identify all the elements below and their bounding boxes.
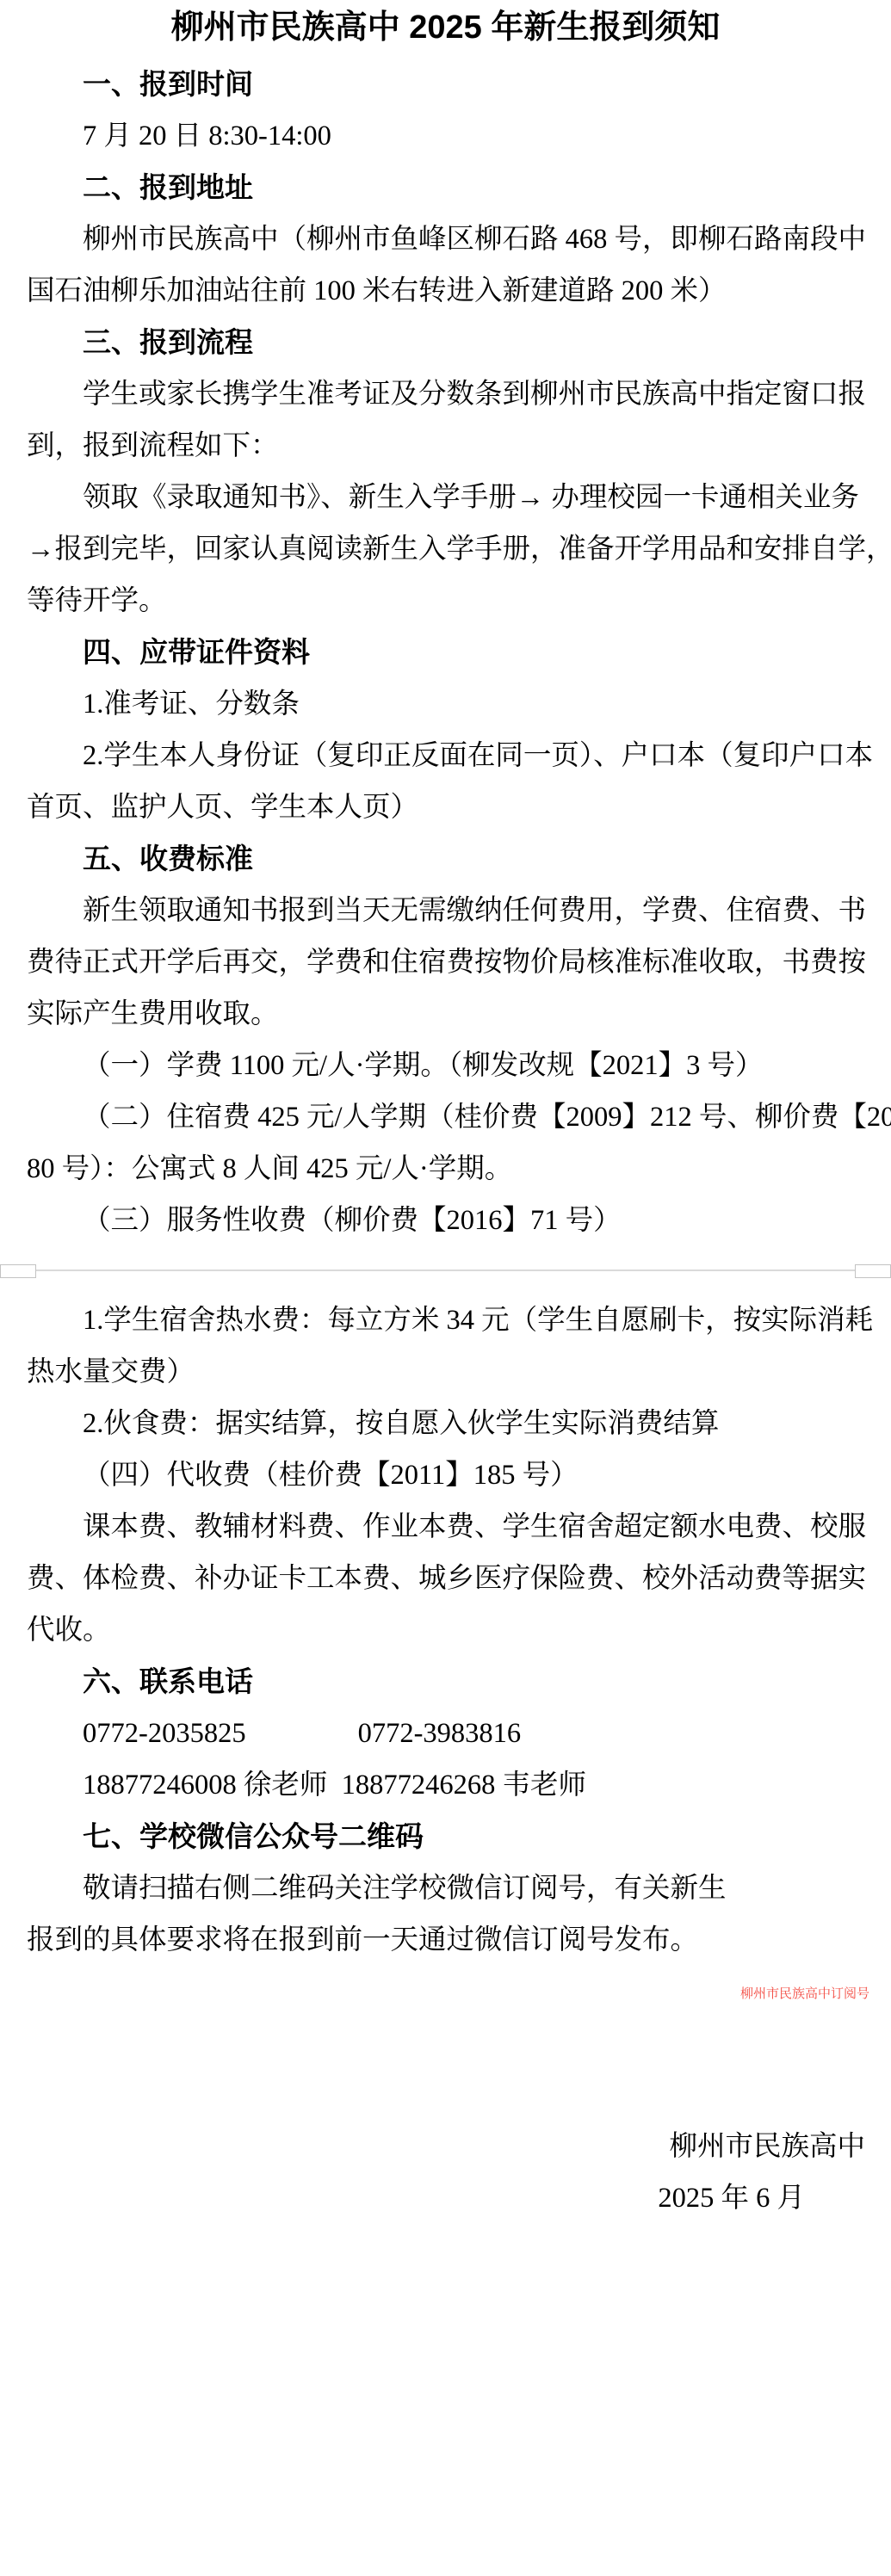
text-line: 18877246008 徐老师 18877246268 韦老师 (27, 1759, 865, 1811)
text-line: 2.伙食费：据实结算，按自愿入伙学生实际消费结算 (27, 1398, 865, 1449)
signature-org: 柳州市民族高中 (27, 2121, 865, 2172)
text-line: 敬请扫描右侧二维码关注学校微信订阅号，有关新生 (27, 1863, 865, 1914)
text-line: 1.准考证、分数条 (27, 678, 865, 730)
text-line: 等待开学。 (27, 575, 865, 627)
document-title: 柳州市民族高中 2025 年新生报到须知 (0, 3, 891, 52)
text-line: 首页、监护人页、学生本人页） (27, 781, 865, 833)
text-line: （二）住宿费 425 元/人学期（桂价费【2009】212 号、柳价费【2018… (27, 1091, 865, 1143)
qr-caption: 柳州市民族高中订阅号 (740, 1986, 859, 2002)
text-line: 柳州市民族高中（柳州市鱼峰区柳石路 468 号，即柳石路南段中 (27, 213, 865, 265)
text-line: 实际产生费用收取。 (27, 988, 865, 1040)
text-line: 费待正式开学后再交，学费和住宿费按物价局核准标准收取，书费按 (27, 936, 865, 988)
text-line: 国石油柳乐加油站往前 100 米右转进入新建道路 200 米） (27, 265, 865, 317)
heading-report-address: 二、报到地址 (27, 162, 865, 213)
text-line: 热水量交费） (27, 1346, 865, 1398)
blank-line (27, 1966, 865, 2017)
page-break-left-box (0, 1264, 36, 1278)
heading-documents: 四、应带证件资料 (27, 627, 865, 678)
heading-contact-phone: 六、联系电话 (27, 1656, 865, 1708)
heading-fees: 五、收费标准 (27, 833, 865, 885)
text-line: 学生或家长携学生准考证及分数条到柳州市民族高中指定窗口报 (27, 368, 865, 420)
qr-code-block: 柳州市民族高中订阅号 (740, 1857, 859, 2002)
text-line: 费、体检费、补办证卡工本费、城乡医疗保险费、校外活动费等据实 (27, 1553, 865, 1604)
text-line: （四）代收费（桂价费【2011】185 号） (27, 1449, 865, 1501)
page-break-right-box (855, 1264, 891, 1278)
text-line: 7 月 20 日 8:30-14:00 (27, 110, 865, 162)
blank-line (27, 2069, 865, 2121)
text-line: 到，报到流程如下： (27, 420, 865, 472)
text-line: 课本费、教辅材料费、作业本费、学生宿舍超定额水电费、校服 (27, 1501, 865, 1553)
document-page: 柳州市民族高中 2025 年新生报到须知 一、报到时间7 月 20 日 8:30… (0, 0, 891, 2576)
heading-wechat-qrcode: 七、学校微信公众号二维码 (27, 1811, 865, 1863)
blank-line (27, 2017, 865, 2069)
heading-report-time: 一、报到时间 (27, 59, 865, 110)
text-line: 代收。 (27, 1604, 865, 1656)
text-line: 报到的具体要求将在报到前一天通过微信订阅号发布。 (27, 1914, 865, 1966)
page-break-line (0, 1269, 891, 1271)
text-line: （一）学费 1100 元/人·学期。（柳发改规【2021】3 号） (27, 1040, 865, 1091)
text-line: →报到完毕，回家认真阅读新生入学手册，准备开学用品和安排自学， (27, 523, 865, 575)
text-line: 2.学生本人身份证（复印正反面在同一页）、户口本（复印户口本 (27, 730, 865, 781)
signature-date: 2025 年 6 月 (27, 2172, 865, 2224)
text-line: 新生领取通知书报到当天无需缴纳任何费用，学费、住宿费、书 (27, 885, 865, 936)
qr-code-icon (740, 1857, 859, 1976)
text-line: （三）服务性收费（柳价费【2016】71 号） (27, 1195, 865, 1246)
text-line: 领取《录取通知书》、新生入学手册→ 办理校园一卡通相关业务 (27, 472, 865, 523)
text-line: 80 号）：公寓式 8 人间 425 元/人·学期。 (27, 1143, 865, 1195)
text-line: 0772-2035825 0772-3983816 (27, 1708, 865, 1759)
page-break-marker (0, 1246, 891, 1294)
heading-report-process: 三、报到流程 (27, 317, 865, 368)
text-line: 1.学生宿舍热水费：每立方米 34 元（学生自愿刷卡，按实际消耗 (27, 1294, 865, 1346)
